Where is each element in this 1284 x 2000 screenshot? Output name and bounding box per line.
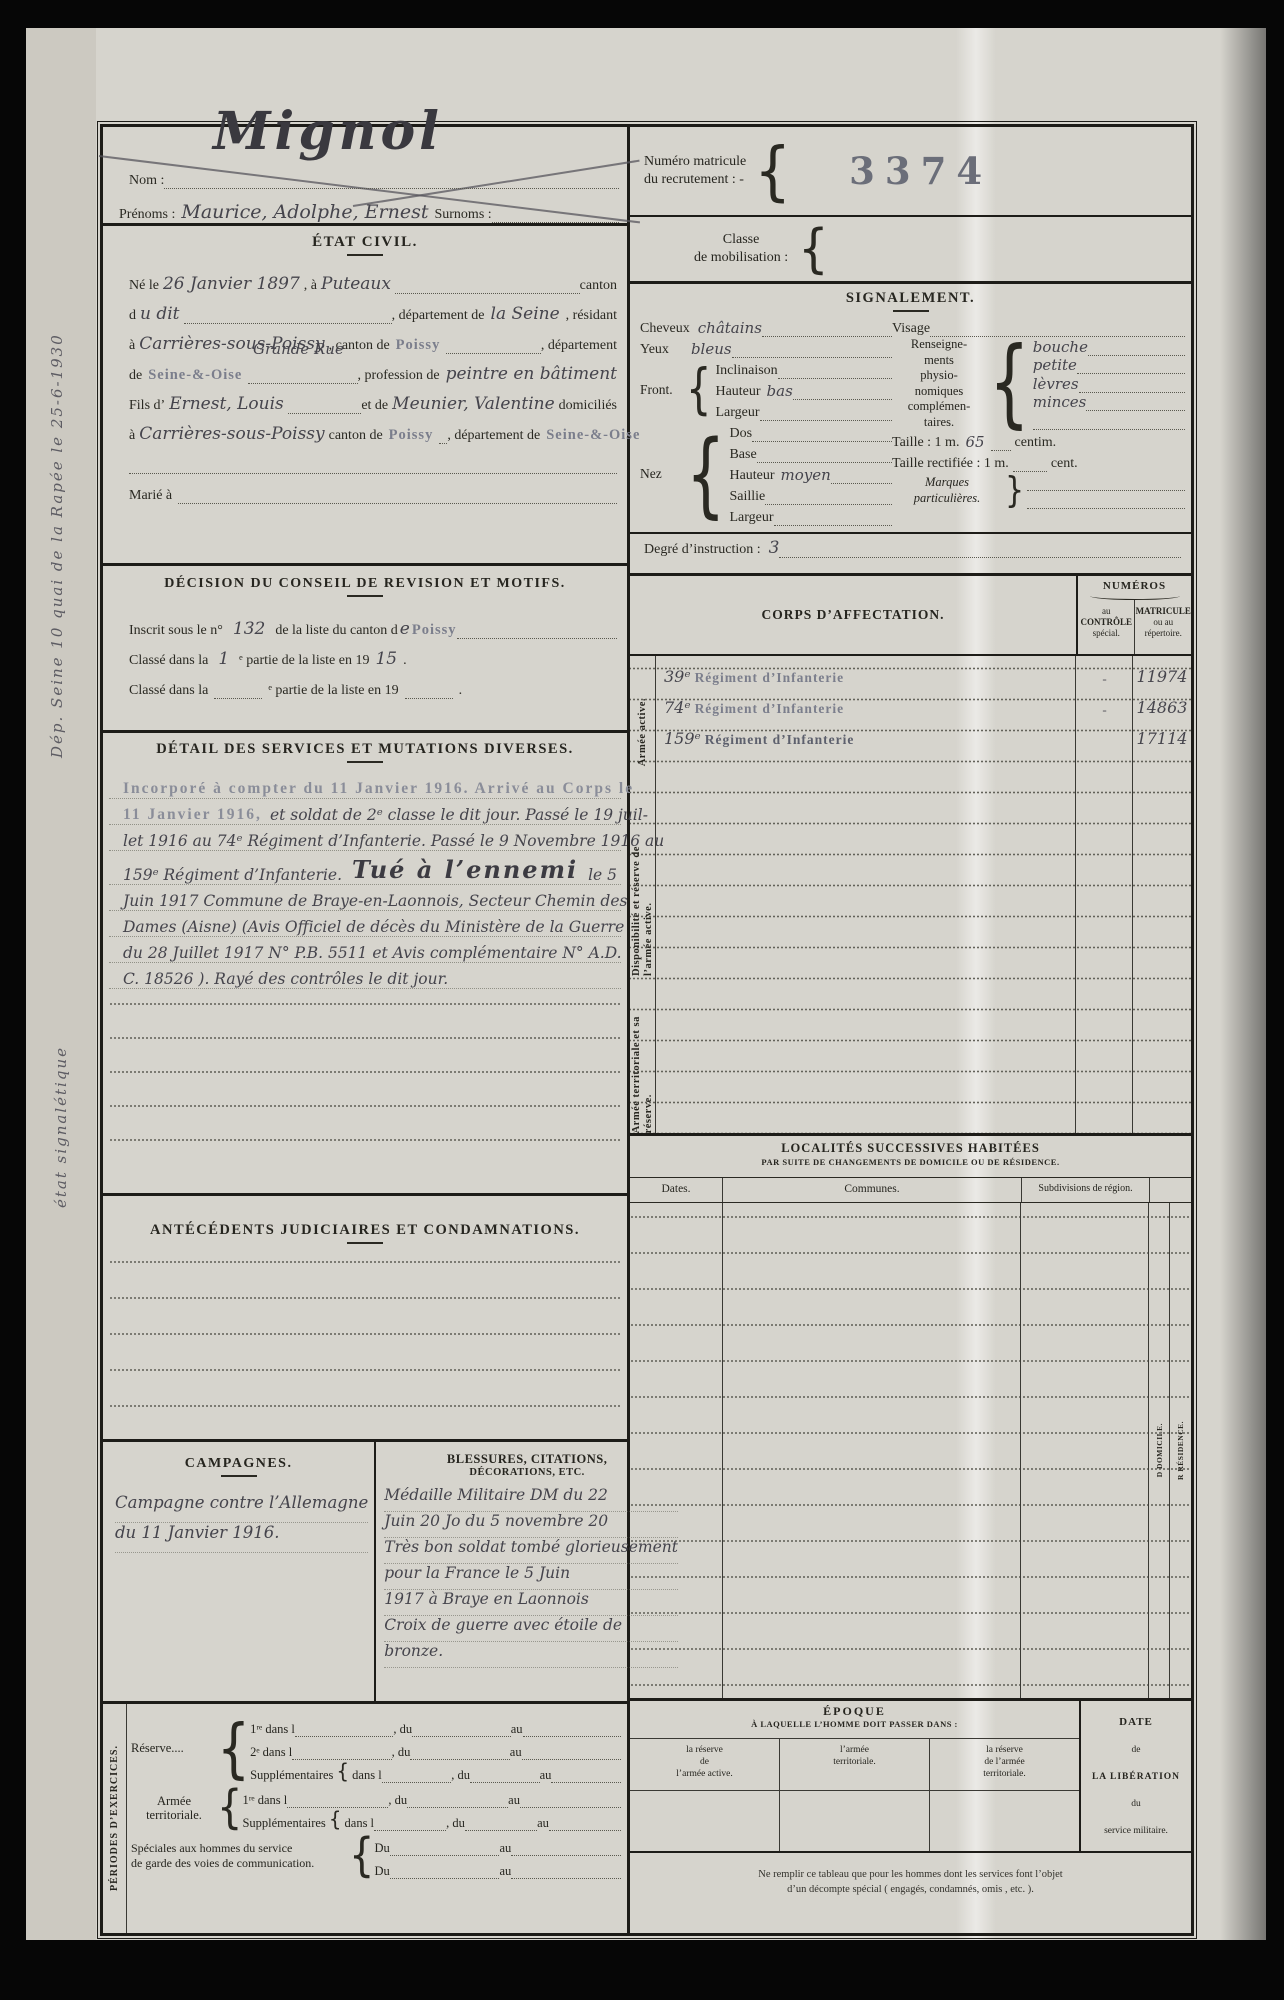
born-label: Né le	[129, 278, 159, 294]
epoch-subtitle: À LAQUELLE L’HOMME DOIT PASSER DANS :	[630, 1719, 1079, 1729]
service-line: du 28 Juillet 1917 N° P.B. 5511 et Avis …	[109, 937, 621, 963]
active-army-group: Armée active.	[630, 656, 656, 809]
blank	[991, 439, 1011, 451]
paper-sheet: Dép. Seine 10 quai de la Rapée le 25-6-1…	[26, 28, 1266, 1940]
matricule-label-1: Numéro matricule	[644, 154, 746, 169]
matricule-value: 14863	[1137, 698, 1188, 717]
forehead-height-value: bas	[767, 382, 793, 400]
nose-height-row: Hauteurmoyen	[729, 463, 892, 484]
matricule-label-2: du recrutement : -	[644, 172, 744, 187]
epoch-col-line: territoriale.	[833, 1757, 875, 1767]
row-label: 1ʳᵉ dans l	[242, 1793, 287, 1808]
nose-back-row: Dos	[729, 421, 892, 442]
profession-label: , profession de	[358, 368, 440, 384]
row-label: 1ʳᵉ dans l	[250, 1722, 295, 1737]
au-label: au	[510, 1745, 522, 1760]
small-value: petite	[1033, 356, 1077, 374]
blank	[1086, 399, 1185, 411]
list-year-label: ᵉ partie de la liste en 19	[268, 683, 398, 699]
class-label-2: de mobilisation :	[694, 250, 788, 265]
matricule-value: 17114	[1137, 729, 1188, 748]
forehead-group: Front. { Inclinaison Hauteurbas Largeur	[640, 358, 892, 421]
surnames-label: Surnoms :	[434, 207, 491, 223]
list-part: 1	[218, 649, 229, 669]
territorial-group: Armée territoriale et sa réserve.	[630, 976, 656, 1133]
page-right-shadow	[1220, 28, 1266, 1940]
son-of-label: Fils d’	[129, 398, 165, 414]
killed-in-action-text: Tué à l’ennemi	[352, 855, 578, 884]
blank	[382, 1771, 452, 1783]
eyes-value: bleus	[691, 340, 732, 358]
thin-value: minces	[1033, 393, 1087, 411]
form-right-column: Numéro matricule du recrutement : - { 33…	[630, 127, 1191, 1933]
inclination-label: Inclinaison	[715, 363, 777, 379]
service-hand-text: le 5	[588, 866, 617, 884]
period-row: Supplémentaires { dans l , du au	[250, 1760, 621, 1783]
parents-row: Fils d’ Ernest, Louis et de Meunier, Val…	[103, 384, 627, 414]
blank	[520, 1796, 621, 1808]
corrected-height-row: Taille rectifiée : 1 m. cent.	[892, 451, 1185, 472]
blank	[178, 489, 617, 504]
liberation-date-column: DATE de LA LIBÉRATION du service militai…	[1079, 1701, 1191, 1851]
department-word: , département	[541, 338, 617, 354]
row-label: 2ᵉ dans l	[250, 1745, 292, 1760]
au-label: au	[537, 1816, 549, 1831]
communes-column-header: Communes.	[722, 1178, 1021, 1202]
department-label: , département de	[392, 308, 485, 324]
reserve-label: Réserve....	[131, 1741, 217, 1756]
service-hand-text: et soldat de 2ᵉ classe le dit jour. Pass…	[270, 806, 648, 824]
regiment-number: 39ᵉ	[664, 667, 691, 686]
d-label: d	[129, 308, 136, 324]
epoch-col-line: territoriale.	[983, 1769, 1025, 1779]
date-label: LA LIBÉRATION	[1083, 1772, 1189, 1782]
firstnames-value: Maurice, Adolphe, Ernest	[181, 201, 428, 223]
blank	[390, 1844, 500, 1856]
service-stamp-text: 11 Janvier 1916,	[123, 806, 262, 824]
successive-localities-table: LOCALITÉS SUCCESSIVES HABITÉES PAR SUITE…	[630, 1136, 1191, 1701]
blank	[407, 1796, 508, 1808]
inscribed-label: Inscrit sous le n°	[129, 623, 223, 639]
scanned-military-record: Dép. Seine 10 quai de la Rapée le 25-6-1…	[0, 0, 1284, 2000]
blank	[248, 369, 357, 384]
period-row: Supplémentaires { dans l , du au	[242, 1808, 621, 1831]
period-row: 1ʳᵉ dans l , du au	[250, 1714, 621, 1737]
control-header-line: spécial.	[1093, 628, 1120, 638]
corrected-height-unit: cent.	[1051, 456, 1078, 472]
epoch-col-line: de l’armée	[984, 1757, 1024, 1767]
note-line-2: d’un décompte spécial ( engagés, condamn…	[787, 1884, 1034, 1895]
forehead-width-row: Largeur	[715, 400, 892, 421]
blank	[1079, 381, 1185, 393]
period-row: 1ʳᵉ dans l , du au	[242, 1785, 621, 1808]
birth-date: 26 Janvier 1897	[163, 274, 300, 294]
physiognomy-value-row: bouche	[1033, 337, 1185, 356]
class-label-1: Classe	[723, 232, 760, 247]
epoch-col-3-header: la réserve de l’armée territoriale.	[929, 1739, 1079, 1790]
lips-value: lèvres	[1033, 375, 1079, 393]
control-header-line: au	[1102, 606, 1111, 616]
at-label: , à	[304, 278, 317, 294]
forehead-height-row: Hauteurbas	[715, 379, 892, 400]
service-hand-text: let 1916 au 74ᵉ Régiment d’Infanterie. P…	[123, 832, 664, 850]
au-label: au	[499, 1864, 511, 1879]
du-label: , du	[451, 1768, 470, 1783]
blank	[757, 451, 892, 463]
dates-column-header: Dates.	[630, 1178, 722, 1202]
firstnames-label: Prénoms :	[119, 207, 175, 223]
service-line: Dames (Aisne) (Avis Officiel de décès du…	[109, 911, 621, 937]
matricule-number: 3374	[849, 149, 992, 193]
nose-width-row: Largeur	[729, 505, 892, 526]
physiognomy-label: Renseigne-	[911, 337, 967, 351]
physiognomy-value-row	[1033, 411, 1185, 430]
brace: {	[989, 328, 1030, 439]
date-label: de	[1083, 1745, 1189, 1755]
control-column-header: au CONTRÔLE spécial.	[1078, 600, 1134, 654]
blank	[779, 543, 1181, 558]
du-label: , du	[393, 1722, 412, 1737]
blank	[793, 388, 892, 400]
and-of-label: et de	[361, 398, 388, 414]
control-mark: -	[1076, 702, 1133, 718]
at-label: à	[129, 428, 135, 444]
period-row: 2ᵉ dans l , du au	[250, 1737, 621, 1760]
empty-row	[103, 444, 627, 474]
epoch-empty-cell	[630, 1791, 779, 1851]
epoch-title: ÉPOQUE	[630, 1704, 1079, 1719]
title-dash	[347, 595, 383, 597]
height-label: Hauteur	[729, 468, 774, 484]
classed-label: Classé dans la	[129, 683, 208, 699]
width-label: Largeur	[729, 510, 773, 526]
assignment-corps-table: CORPS D’AFFECTATION. NUMÉROS au CONTRÔLE…	[630, 576, 1191, 1136]
matricule-header-line: MATRICULE	[1136, 606, 1191, 616]
blank	[129, 459, 617, 474]
territorial-group: Armée territoriale. { 1ʳᵉ dans l , du au	[131, 1785, 621, 1831]
transfer-epoch-section: ÉPOQUE À LAQUELLE L’HOMME DOIT PASSER DA…	[630, 1701, 1191, 1933]
birth-department: la Seine	[491, 304, 560, 324]
parents-canton-stamp: Poissy	[389, 427, 434, 444]
service-hand-text: Dames (Aisne) (Avis Officiel de décès du…	[123, 918, 624, 936]
blank	[522, 1748, 621, 1760]
services-title: DÉTAIL DES SERVICES ET MUTATIONS DIVERSE…	[103, 741, 627, 758]
service-hand-text: C. 18526 ). Rayé des contrôles le dit jo…	[123, 970, 448, 988]
judicial-title: ANTÉCÉDENTS JUDICIAIRES ET CONDAMNATIONS…	[103, 1222, 627, 1239]
eyes-row: Yeux bleus	[640, 337, 892, 358]
marks-blank-row	[1027, 472, 1185, 491]
blank	[1027, 479, 1185, 491]
column-rule	[1132, 656, 1133, 1133]
period-row: Du au	[374, 1833, 621, 1856]
blank	[412, 1725, 511, 1737]
service-line: 159ᵉ Régiment d’Infanterie.Tué à l’ennem…	[109, 851, 621, 885]
column-rule	[1075, 656, 1076, 1133]
blank	[470, 1771, 540, 1783]
campaigns-box: CAMPAGNES. Campagne contre l’Allemagne d…	[103, 1442, 376, 1701]
service-hand-text: 159ᵉ Régiment d’Infanterie.	[123, 866, 342, 884]
epoch-col-1-header: la réserve de l’armée active.	[630, 1739, 779, 1790]
blank	[446, 339, 540, 354]
mobilization-class-box: Classe de mobilisation : {	[630, 217, 1191, 284]
list-year: 15	[375, 649, 397, 669]
regiment-name: Régiment d’Infanterie	[695, 701, 845, 716]
physiognomy-label: physio-	[920, 368, 958, 382]
judicial-record-section: ANTÉCÉDENTS JUDICIAIRES ET CONDAMNATIONS…	[103, 1196, 627, 1442]
service-line: Juin 1917 Commune de Braye-en-Laonnois, …	[109, 885, 621, 911]
canton-row: d u dit , département de la Seine , rési…	[103, 294, 627, 324]
marks-label-2: particulières.	[914, 491, 981, 505]
brace: {	[686, 419, 725, 529]
service-hand-text: Juin 1917 Commune de Braye-en-Laonnois, …	[123, 892, 627, 910]
campaigns-title: CAMPAGNES.	[103, 1456, 374, 1472]
residence-label: R RÉSIDENCE.	[1176, 1421, 1185, 1480]
projection-label: Saillie	[729, 489, 765, 505]
blank	[762, 325, 892, 337]
blank	[511, 1844, 621, 1856]
empty-ruled-lines	[109, 993, 621, 1169]
physiognomy-value-row: lèvres	[1033, 374, 1185, 393]
birth-place: Puteaux	[321, 274, 391, 294]
at-label: à	[129, 338, 135, 354]
name-row: Nom : Mignol	[103, 127, 627, 189]
mouth-value: bouche	[1033, 338, 1088, 356]
eyes-label: Yeux	[640, 342, 669, 358]
column-rule	[1020, 1203, 1021, 1698]
residing-label: , résidant	[566, 308, 617, 324]
list-number: 132	[233, 619, 265, 639]
brace: {	[217, 1711, 250, 1786]
date-label: service militaire.	[1083, 1826, 1189, 1836]
blank	[930, 325, 1185, 337]
blank	[288, 399, 362, 414]
blank	[1077, 362, 1185, 374]
physiognomy-label: taires.	[924, 415, 954, 429]
du-label: , du	[446, 1816, 465, 1831]
blank	[778, 367, 892, 379]
control-mark: -	[1076, 671, 1133, 687]
brace: }	[1005, 470, 1024, 512]
supplementary-label: Supplémentaires	[250, 1768, 333, 1783]
special-label: Spéciales aux hommes du service de garde…	[131, 1841, 349, 1871]
empty-ruled-lines	[109, 1250, 621, 1430]
matricule-number-box: Numéro matricule du recrutement : - { 33…	[630, 127, 1191, 217]
hair-row: Cheveux châtains	[640, 316, 892, 337]
brace: {	[754, 134, 791, 209]
special-count-note: Ne remplir ce tableau que pour les homme…	[630, 1851, 1191, 1933]
forehead-label: Front.	[640, 382, 686, 398]
blank	[295, 1725, 394, 1737]
domicile-label: D DOMICILE.	[1155, 1423, 1164, 1477]
title-dash	[347, 254, 383, 256]
height-label: Hauteur	[715, 384, 760, 400]
territorial-label-2: territoriale.	[146, 1808, 202, 1822]
period: .	[459, 683, 463, 699]
marks-label-1: Marques	[925, 475, 969, 489]
nose-group: Nez { Dos Base Hauteurmoyen Saillie Larg…	[640, 421, 892, 526]
blank	[1027, 497, 1185, 509]
nose-height-value: moyen	[781, 466, 831, 484]
nose-label: Nez	[640, 466, 686, 482]
control-header-line: CONTRÔLE	[1080, 617, 1132, 627]
inclination-row: Inclinaison	[715, 358, 892, 379]
residence-department-stamp: Seine-&-Oise	[148, 367, 242, 384]
blank	[732, 346, 892, 358]
special-label-2: de garde des voies de communication.	[131, 1856, 314, 1870]
classification-row-1: Classé dans la 1 ᵉ partie de la liste en…	[103, 639, 627, 669]
name-label: Nom :	[129, 173, 164, 189]
blank	[214, 684, 262, 699]
service-line: C. 18526 ). Rayé des contrôles le dit jo…	[109, 963, 621, 989]
blank	[1088, 344, 1185, 356]
service-line: let 1916 au 74ᵉ Régiment d’Infanterie. P…	[109, 825, 621, 851]
name-value: Mignol	[213, 101, 443, 162]
physiognomy-value-row: petite	[1033, 356, 1185, 375]
domicile-residence-header	[1149, 1178, 1191, 1202]
classification-row-2: Classé dans la ᵉ partie de la liste en 1…	[103, 669, 627, 699]
civil-status-title: ÉTAT CIVIL.	[103, 234, 627, 251]
au-label: au	[540, 1768, 552, 1783]
matricule-form: Nom : Mignol Prénoms : Maurice, Adolphe,…	[100, 124, 1194, 1936]
blank	[511, 1867, 621, 1879]
canton-e: e	[400, 619, 410, 639]
matricule-header-line: répertoire.	[1145, 628, 1182, 638]
date-label: du	[1083, 1799, 1189, 1809]
blank	[395, 279, 580, 294]
parents-domicile-row: à Carrières-sous-Poissy canton de Poissy…	[103, 414, 627, 444]
physiognomy-value-row: minces	[1033, 393, 1185, 412]
corps-title: CORPS D’AFFECTATION.	[630, 576, 1076, 654]
margin-annotation-address: Dép. Seine 10 quai de la Rapée le 25-6-1…	[48, 198, 66, 758]
au-label: au	[508, 1793, 520, 1808]
physiognomy-label: complémen-	[908, 399, 970, 413]
brace: {	[798, 218, 829, 280]
regiment-name: Régiment d’Infanterie	[695, 670, 845, 685]
title-dash	[347, 1242, 383, 1244]
revision-council-section: DÉCISION DU CONSEIL DE REVISION ET MOTIF…	[103, 566, 627, 733]
group-label: Armée active.	[637, 698, 649, 766]
domicile-rotated-cell: D DOMICILE.	[1149, 1203, 1170, 1698]
height-value: 65	[965, 433, 984, 451]
blank	[774, 514, 892, 526]
height-label: Taille : 1 m.	[892, 435, 959, 451]
periods-label: PÉRIODES D’EXERCICES.	[109, 1745, 120, 1891]
blank	[549, 1819, 621, 1831]
brace: {	[349, 1830, 374, 1883]
blank	[410, 1748, 509, 1760]
au-label: au	[499, 1841, 511, 1856]
du-label: , du	[388, 1793, 407, 1808]
name-blank	[164, 174, 619, 189]
left-margin-band: Dép. Seine 10 quai de la Rapée le 25-6-1…	[26, 28, 96, 1940]
au-label: au	[511, 1722, 523, 1737]
reserve-group: Réserve.... { 1ʳᵉ dans l , du au 2ᵉ dans…	[131, 1714, 621, 1783]
of-label: de	[129, 368, 142, 384]
parents-domicile: Carrières-sous-Poissy	[139, 424, 324, 444]
canton-word: canton	[580, 278, 617, 294]
service-details-section: DÉTAIL DES SERVICES ET MUTATIONS DIVERSE…	[103, 733, 627, 1196]
corps-row: 39ᵉ Régiment d’Infanterie - 11974	[656, 656, 1191, 687]
corps-row: 74ᵉ Régiment d’Infanterie - 14863	[656, 687, 1191, 718]
blank	[457, 624, 617, 639]
territorial-label-1: Armée	[157, 1794, 191, 1808]
blank	[551, 1771, 621, 1783]
brace: {	[336, 1759, 349, 1783]
special-label-1: Spéciales aux hommes du service	[131, 1841, 292, 1855]
regiment-number: 159ᵉ	[664, 729, 701, 748]
service-stamp-text: Incorporé à compter du 11 Janvier 1916. …	[123, 780, 634, 798]
service-line: Incorporé à compter du 11 Janvier 1916. …	[109, 773, 621, 799]
education-value: 3	[769, 538, 780, 558]
numbers-label: NUMÉROS	[1078, 576, 1191, 592]
campaign-line: Campagne contre l’Allemagne	[115, 1493, 368, 1523]
blank	[405, 684, 453, 699]
canton-value: u dit	[140, 304, 180, 324]
blank	[765, 493, 892, 505]
married-row: Marié à	[103, 474, 627, 504]
numbers-header: NUMÉROS au CONTRÔLE spécial. MATRICULE	[1076, 576, 1191, 654]
face-label: Visage	[892, 321, 930, 337]
marks-blank-row	[1027, 491, 1185, 510]
blank	[374, 1819, 446, 1831]
exercise-periods-rotated-label: PÉRIODES D’EXERCICES.	[103, 1704, 127, 1933]
epoch-empty-cell	[779, 1791, 929, 1851]
revision-title: DÉCISION DU CONSEIL DE REVISION ET MOTIF…	[103, 576, 627, 592]
parents-department-stamp: Seine-&-Oise	[546, 427, 640, 444]
education-label: Degré d’instruction :	[644, 542, 761, 558]
du-label: Du	[374, 1841, 389, 1856]
hair-value: châtains	[698, 319, 762, 337]
list-year-label: ᵉ partie de la liste en 19	[239, 653, 369, 669]
form-left-column: Nom : Mignol Prénoms : Maurice, Adolphe,…	[103, 127, 630, 1933]
profession-row: de Seine-&-Oise Grande Rue , profession …	[103, 354, 627, 384]
married-label: Marié à	[129, 488, 172, 504]
residence-canton-stamp: Poissy	[396, 337, 441, 354]
date-label: DATE	[1083, 1716, 1189, 1728]
corrected-height-label: Taille rectifiée : 1 m.	[892, 456, 1009, 472]
campaign-line: du 11 Janvier 1916.	[115, 1523, 368, 1553]
blank	[760, 409, 892, 421]
title-dash	[347, 761, 383, 763]
regiment-name: Régiment d’Infanterie	[705, 732, 855, 747]
civil-status-section: ÉTAT CIVIL. Né le 26 Janvier 1897 , à Pu…	[103, 226, 627, 566]
regiment-number: 74ᵉ	[664, 698, 691, 717]
physiognomy-label: ments	[924, 353, 954, 367]
period-row: Du au	[374, 1856, 621, 1879]
profession-value: peintre en bâtiment	[446, 364, 617, 384]
supplementary-label: Supplémentaires	[242, 1816, 325, 1831]
face-row: Visage	[892, 316, 1185, 337]
blank	[439, 429, 447, 444]
subdivision-column-header: Subdivisions de région.	[1021, 1178, 1149, 1202]
group-label: Disponibilité et réserve de l’armée acti…	[631, 809, 655, 976]
physiognomy-label: nomiques	[915, 384, 964, 398]
blank	[831, 472, 892, 484]
epoch-col-line: l’armée active.	[676, 1769, 732, 1779]
epoch-col-line: l’armée	[840, 1745, 869, 1755]
epoch-col-line: la réserve	[686, 1745, 723, 1755]
dans-label: dans l	[352, 1768, 382, 1783]
department-of-label: , département de	[447, 428, 540, 444]
inscription-row: Inscrit sous le n° 132 de la liste du ca…	[103, 609, 627, 639]
blank	[184, 309, 392, 324]
classed-label: Classé dans la	[129, 653, 208, 669]
service-line: 11 Janvier 1916,et soldat de 2ᵉ classe l…	[109, 799, 621, 825]
du-label: , du	[392, 1745, 411, 1760]
height-row: Taille : 1 m. 65 centim.	[892, 430, 1185, 451]
epoch-col-2-header: l’armée territoriale.	[779, 1739, 929, 1790]
base-label: Base	[729, 447, 756, 463]
